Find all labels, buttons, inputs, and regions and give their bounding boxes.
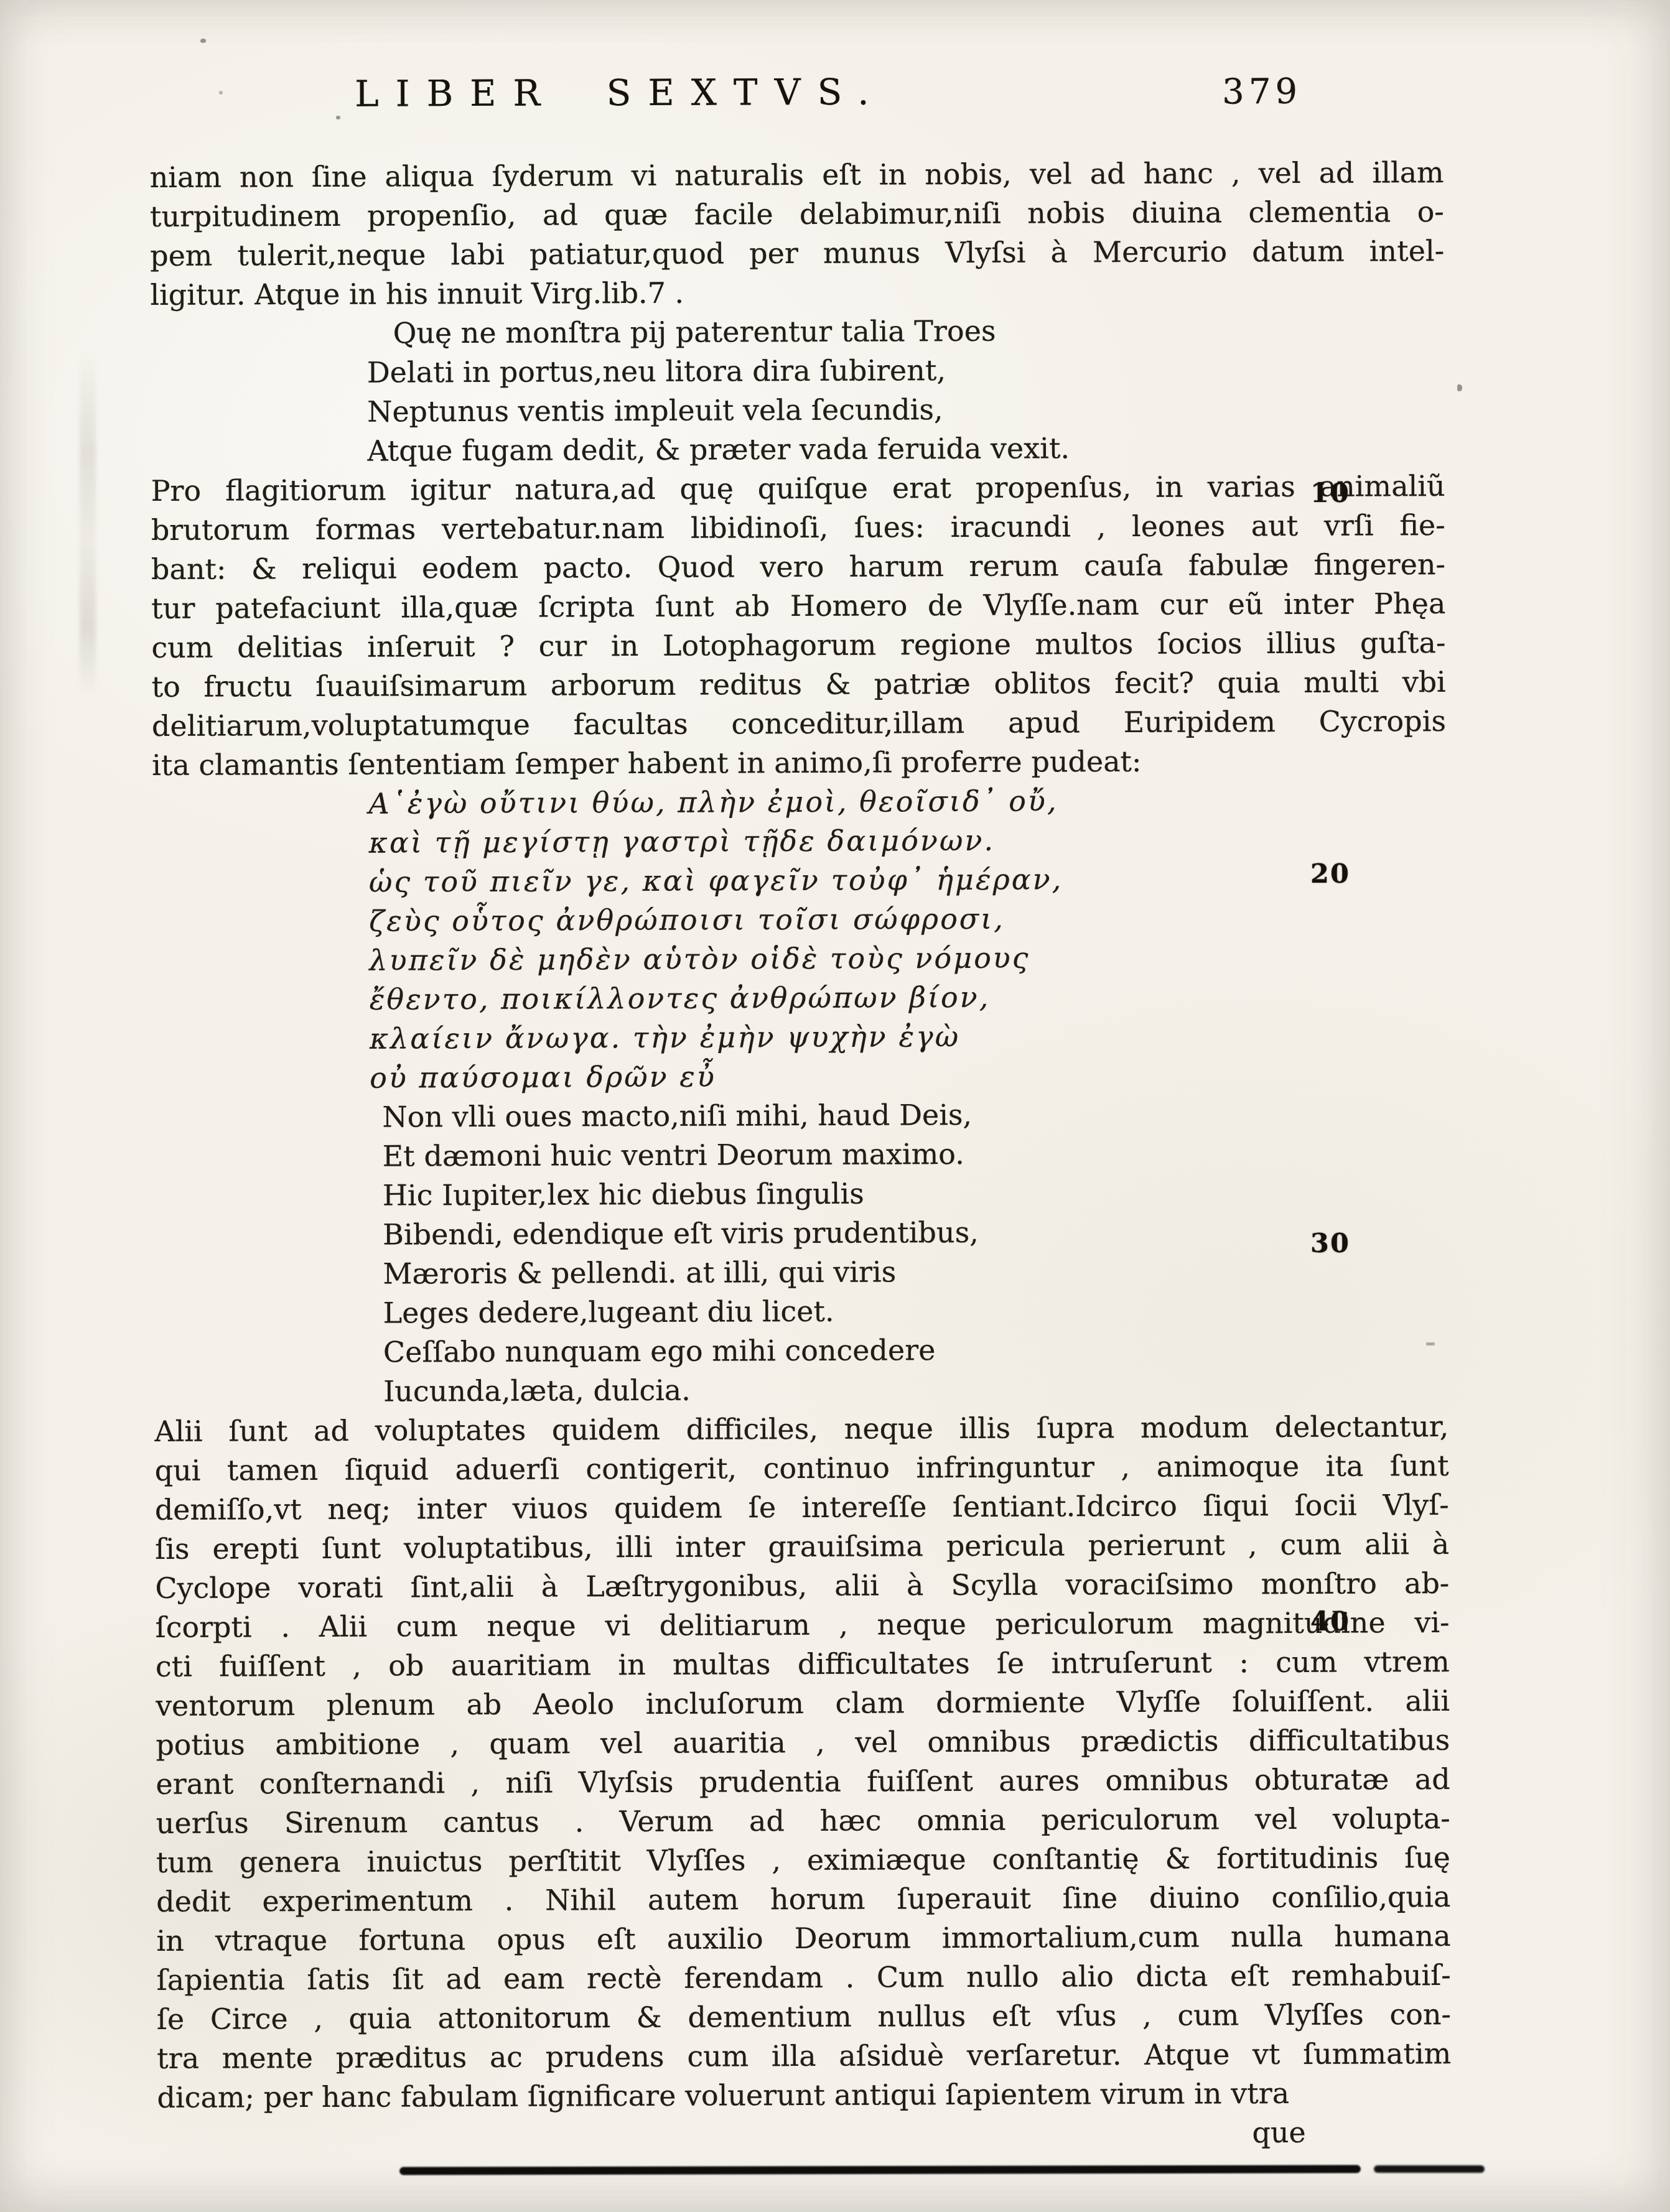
text-line: tur patefaciunt illa,quæ ſcripta ſunt ab… xyxy=(151,584,1445,628)
text-line: ζεὺς οὗτος ἀνθρώποισι τοῖσι σώφροσι, xyxy=(369,898,1447,941)
text-line: Hic Iupiter,lex hic diebus ſingulis xyxy=(383,1172,1448,1215)
catchword: que xyxy=(1252,2116,1306,2149)
book-page-scan: LIBER SEXTVS. 379 niam non ſine aliqua ſ… xyxy=(0,0,1670,2212)
opening-paragraph: niam non ſine aliqua ſyderum vi naturali… xyxy=(150,153,1445,315)
text-line: Cyclope vorati ſint,alii à Læſtrygonibus… xyxy=(155,1564,1449,1608)
scan-artifact-speck xyxy=(1426,1342,1435,1345)
text-line: delitiarum,voluptatumque facultas conced… xyxy=(152,702,1446,746)
greek-quotation: Α῾ἐγὼ οὔτινι θύω, πλὴν ἐμοὶ, θεοῖσιδ᾽ οὔ… xyxy=(152,780,1447,1099)
text-line: Neptunus ventis impleuit vela ſecundis, xyxy=(367,388,1445,432)
text-line: ἔθεντο, ποικίλλοντες ἀνθρώπων βίον, xyxy=(370,976,1447,1020)
scan-artifact-bottom-bar xyxy=(399,2165,1361,2175)
text-line: brutorum formas vertebatur.nam libidinoſ… xyxy=(151,506,1445,550)
text-line: in vtraque fortuna opus eſt auxilio Deor… xyxy=(156,1917,1450,1961)
text-line: λυπεῖν δὲ μηδὲν αὑτὸν οἱδὲ τοὺς νόμους xyxy=(369,937,1447,980)
text-line: Bibendi, edendique eſt viris prudentibus… xyxy=(383,1211,1448,1255)
text-line: Α῾ἐγὼ οὔτινι θύω, πλὴν ἐμοὶ, θεοῖσιδ᾽ οὔ… xyxy=(368,780,1446,824)
text-line: Et dæmoni huic ventri Deorum maximo. xyxy=(383,1133,1448,1176)
scan-artifact-bottom-bar-2 xyxy=(1374,2165,1485,2173)
middle-paragraph: Pro flagitiorum igitur natura,ad quę qui… xyxy=(151,467,1446,785)
text-line: Iucunda,læta, dulcia. xyxy=(383,1368,1448,1411)
scan-artifact-speck xyxy=(1457,384,1462,391)
text-line: ventorum plenum ab Aeolo incluſorum clam… xyxy=(156,1681,1450,1726)
text-line: tra mente præditus ac prudens cum illa a… xyxy=(157,2034,1451,2078)
text-line: demiſſo,vt neq; inter viuos quidem ſe in… xyxy=(155,1485,1449,1530)
text-line: οὐ παύσομαι δρῶν εὖ xyxy=(370,1054,1447,1098)
scan-artifact-speck xyxy=(200,39,206,43)
virgil-quotation: Quę ne monſtra pij paterentur talia Troe… xyxy=(150,310,1445,472)
text-line: turpitudinem propenſio, ad quæ facile de… xyxy=(150,192,1444,236)
margin-line-number-30: 30 xyxy=(1310,1228,1350,1259)
margin-line-number-10: 10 xyxy=(1310,478,1350,509)
text-line: dicam; per hanc fabulam ſignificare volu… xyxy=(157,2073,1451,2117)
text-line: ſapientia ſatis ſit ad eam rectè ferenda… xyxy=(157,1956,1451,2000)
text-line: erant conſternandi , niſi Vlyſsis pruden… xyxy=(156,1760,1450,1804)
closing-paragraph: Alii ſunt ad voluptates quidem difficile… xyxy=(154,1407,1451,2117)
text-line: cti fuiſſent , ob auaritiam in multas di… xyxy=(156,1642,1450,1686)
page-header: LIBER SEXTVS. 379 xyxy=(149,68,1444,158)
running-title: LIBER SEXTVS. xyxy=(355,70,886,114)
scan-artifact-speck xyxy=(219,91,223,95)
latin-translation-verse: Non vlli oues macto,niſi mihi, haud Deis… xyxy=(153,1094,1448,1412)
text-line: ſis erepti ſunt voluptatibus, illi inter… xyxy=(155,1525,1449,1569)
text-line: to fructu ſuauiſsimarum arborum reditus … xyxy=(152,662,1446,707)
text-line: Non vlli oues macto,niſi mihi, haud Deis… xyxy=(382,1094,1447,1137)
text-line: qui tamen ſiquid aduerſi contigerit, con… xyxy=(155,1446,1449,1490)
text-line: pem tulerit,neque labi patiatur,quod per… xyxy=(150,231,1444,276)
text-line: Alii ſunt ad voluptates quidem difficile… xyxy=(154,1407,1448,1451)
margin-line-number-40: 40 xyxy=(1310,1606,1350,1637)
text-line: ita clamantis ſententiam ſemper habent i… xyxy=(152,741,1446,785)
text-line: ligitur. Atque in his innuit Virg.lib.7 … xyxy=(150,271,1444,315)
text-line: Leges dedere,lugeant diu licet. xyxy=(383,1290,1448,1333)
text-line: Delati in portus,neu litora dira ſubiren… xyxy=(367,349,1445,393)
text-line: bant: & reliqui eodem pacto. Quod vero h… xyxy=(151,545,1445,589)
text-line: Ceſſabo nunquam ego mihi concedere xyxy=(383,1329,1448,1372)
text-line: ὡς τοῦ πιεῖν γε, καὶ φαγεῖν τοὐφ᾽ ἡμέραν… xyxy=(369,858,1447,902)
text-line: uerſus Sirenum cantus . Verum ad hæc omn… xyxy=(156,1799,1450,1843)
catchword-row: que xyxy=(157,2112,1452,2157)
text-line: cum delitias inſeruit ? cur in Lotophago… xyxy=(151,623,1445,667)
text-line: tum genera inuictus perſtitit Vlyſſes , … xyxy=(156,1838,1450,1882)
scan-artifact-speck xyxy=(336,116,340,119)
margin-line-number-20: 20 xyxy=(1310,858,1350,890)
text-line: Atque fugam dedit, & præter vada feruida… xyxy=(367,427,1445,471)
text-line: κλαίειν ἄνωγα. τὴν ἐμὴν ψυχὴν ἐγὼ xyxy=(370,1015,1447,1059)
text-line: niam non ſine aliqua ſyderum vi naturali… xyxy=(150,153,1444,197)
text-line: Pro flagitiorum igitur natura,ad quę qui… xyxy=(151,467,1445,511)
text-line: potius ambitione , quam vel auaritia , v… xyxy=(156,1721,1450,1765)
page-number: 379 xyxy=(1222,72,1302,112)
scan-artifact-smudge xyxy=(80,348,96,697)
text-line: Quę ne monſtra pij paterentur talia Troe… xyxy=(366,310,1444,353)
text-line: ſcorpti . Alii cum neque vi delitiarum ,… xyxy=(155,1603,1449,1647)
text-line: καὶ τῇ μεγίστῃ γαστρὶ τῇδε δαιμόνων. xyxy=(369,819,1447,863)
text-line: Mæroris & pellendi. at illi, qui viris xyxy=(383,1250,1448,1294)
text-line: dedit experimentum . Nihil autem horum ſ… xyxy=(156,1877,1450,1922)
text-column: LIBER SEXTVS. 379 niam non ſine aliqua ſ… xyxy=(149,68,1452,2157)
text-line: ſe Circe , quia attonitorum & dementium … xyxy=(157,1995,1451,2039)
